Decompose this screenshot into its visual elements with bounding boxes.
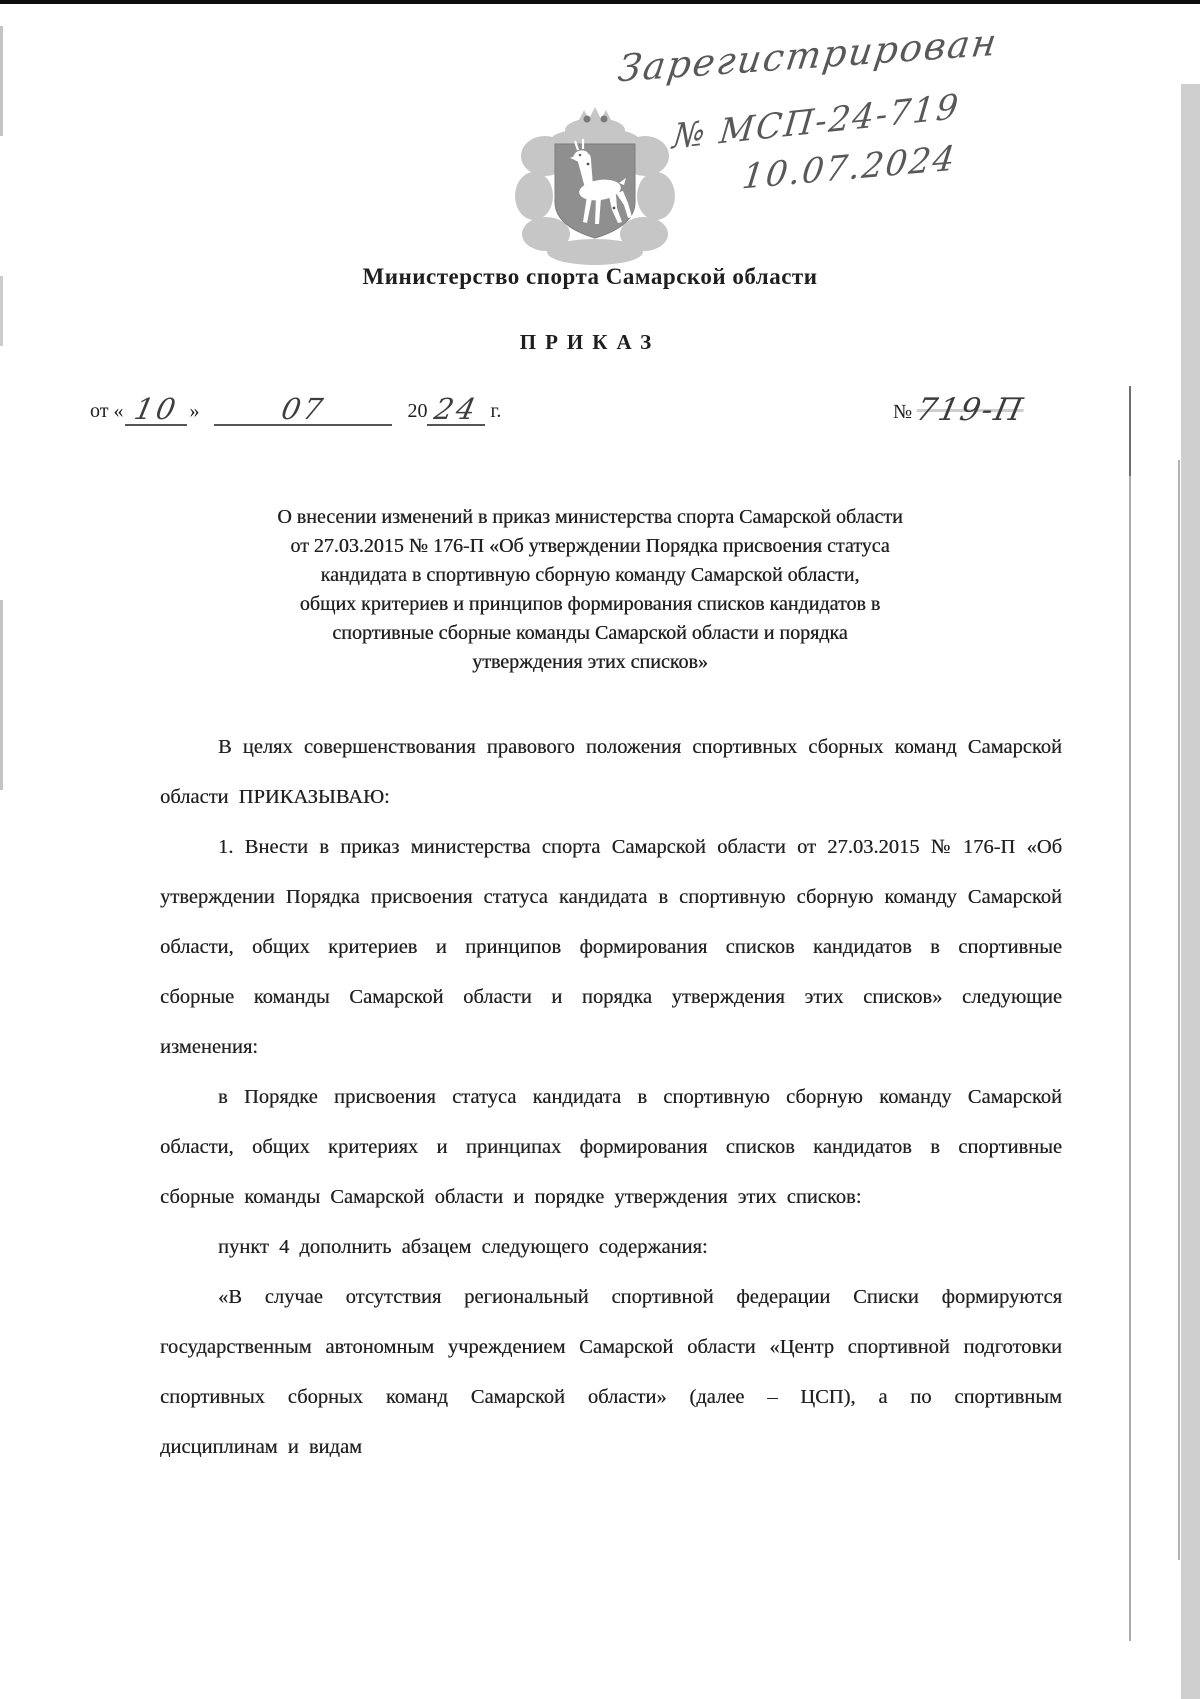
body-paragraph: В целях совершенствования правового поло… [160,722,1062,822]
stamp-registration-date: 10.07.2024 [740,138,959,197]
scan-edge-right-strip [1181,84,1200,1699]
document-page: Зарегистрирован № МСП-24-719 10.07.2024 [0,0,1200,1699]
body-paragraph: в Порядке присвоения статуса кандидата в… [160,1072,1062,1222]
handwritten-document-number: 719-П [913,392,1027,428]
scan-edge-right-line [1178,460,1180,1560]
open-quote: « [113,400,123,422]
scan-edge-top [0,0,1200,4]
subject-line: общих критериев и принципов формирования… [80,590,1100,619]
scan-edge-left [0,26,3,136]
body-paragraph: 1. Внести в приказ министерства спорта С… [160,822,1062,1072]
scan-edge-left [0,600,3,790]
handwritten-month: 07 [278,392,328,426]
subject-line: спортивные сборные команды Самарской обл… [80,619,1100,648]
subject-line: О внесении изменений в приказ министерст… [80,503,1100,532]
order-subject: О внесении изменений в приказ министерст… [80,503,1100,677]
scan-edge-left [0,276,3,346]
date-from-label: от [90,400,108,422]
stamp-registered-text: Зарегистрирован [615,20,1001,90]
handwritten-day: 10 [131,392,181,426]
year-word: г. [490,400,501,422]
date-field: от «10» 07 2024 г. [90,390,501,426]
subject-line: кандидата в спортивную сборную команду С… [80,561,1100,590]
close-quote: » [189,400,199,422]
body-paragraph: «В случае отсутствия региональный спорти… [160,1272,1062,1472]
handwritten-year: 24 [431,392,481,426]
document-type-title: ПРИКАЗ [40,330,1140,355]
subject-line: утверждения этих списков» [80,648,1100,677]
samara-region-coat-of-arms-icon [488,104,703,276]
document-number-field: № 719-П [893,390,1024,426]
subject-line: от 27.03.2015 № 176-П «Об утверждении По… [80,532,1100,561]
ministry-title: Министерство спорта Самарской области [40,264,1140,290]
scan-fold-line [1129,386,1131,1641]
body-paragraph: пункт 4 дополнить абзацем следующего сод… [160,1222,1062,1272]
date-number-row: от «10» 07 2024 г. № 719-П [0,378,1200,426]
year-prefix: 20 [407,400,427,422]
number-sign: № [893,401,912,423]
order-body: В целях совершенствования правового поло… [160,722,1062,1472]
